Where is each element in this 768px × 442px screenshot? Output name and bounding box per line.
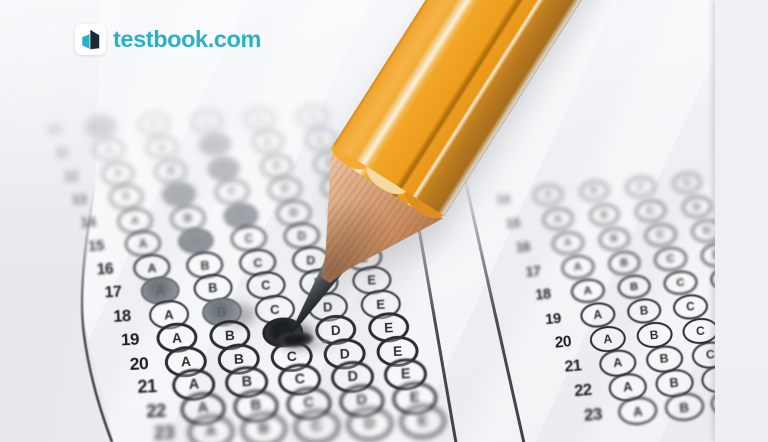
row-number: 17 — [104, 284, 122, 303]
bubble-17-A: A — [560, 254, 595, 280]
row-number: 18 — [535, 286, 552, 303]
bubble-11-C: C — [198, 132, 231, 157]
row-number: 13 — [71, 191, 86, 208]
background-right-band — [715, 0, 768, 442]
bubble-15-A: A — [542, 207, 574, 232]
bubble-19-A: A — [579, 301, 616, 329]
row-number: 22 — [145, 399, 166, 422]
bubble-14-B: B — [579, 179, 610, 203]
bubble-17-C: C — [653, 246, 688, 272]
bubble-14-C: C — [625, 175, 656, 199]
row-number: 16 — [96, 260, 113, 279]
row-number: 14 — [496, 191, 510, 207]
bubble-13-A: A — [109, 184, 144, 210]
row-number: 20 — [554, 333, 572, 352]
row-number: 14 — [80, 214, 96, 231]
bubble-12-B: B — [154, 158, 187, 183]
photo-omr-sheet-with-pencil: 10ABCDE11ABCDE12ABCDE13ABCDE14ABCDE15ABC… — [0, 0, 768, 442]
bubble-23-E: E — [399, 403, 446, 439]
bubble-10-E: E — [296, 103, 329, 128]
bubble-12-C: C — [207, 155, 240, 180]
row-number: 17 — [525, 262, 541, 279]
row-number: 23 — [153, 423, 174, 442]
row-number: 21 — [137, 376, 157, 398]
bubble-11-B: B — [145, 135, 178, 160]
bubble-15-D: D — [681, 195, 713, 220]
bubble-11-A: A — [92, 137, 125, 162]
row-number: 15 — [506, 215, 521, 231]
bubble-16-A: A — [551, 230, 585, 256]
bubble-13-C: C — [214, 178, 249, 204]
bubble-15-B: B — [588, 203, 620, 228]
book-icon — [75, 24, 106, 55]
bubble-16-B: B — [597, 226, 631, 252]
bubble-11-D: D — [251, 129, 284, 154]
testbook-logo: testbook.com — [75, 24, 261, 55]
bubble-14-D: D — [671, 171, 702, 195]
bubble-10-B: B — [137, 111, 170, 136]
row-number: 15 — [88, 237, 104, 255]
row-number: 19 — [544, 310, 561, 328]
bubble-17-B: B — [607, 250, 642, 276]
bubble-23-C: C — [293, 409, 340, 442]
bubble-12-D: D — [260, 153, 293, 178]
row-number: 11 — [55, 144, 69, 160]
row-number: 19 — [121, 330, 140, 351]
bubble-18-C: C — [663, 269, 699, 296]
logo-text: testbook.com — [113, 26, 261, 53]
row-number: 21 — [564, 357, 582, 376]
row-number: 23 — [583, 404, 602, 425]
bubble-12-A: A — [101, 161, 134, 186]
row-number: 10 — [46, 121, 60, 137]
row-number: 18 — [112, 307, 130, 327]
bubble-15-C: C — [634, 199, 666, 224]
bubble-23-D: D — [346, 406, 393, 442]
row-number: 22 — [574, 381, 593, 401]
bubble-10-C: C — [190, 109, 223, 134]
row-number: 12 — [63, 168, 78, 184]
row-number: 20 — [129, 353, 148, 375]
row-number: 16 — [515, 239, 530, 255]
bubble-10-A: A — [84, 114, 117, 139]
bubble-13-B: B — [161, 181, 196, 207]
bubble-18-B: B — [616, 273, 652, 300]
bubble-19-B: B — [626, 297, 663, 325]
bubble-19-C: C — [672, 293, 709, 321]
bubble-10-D: D — [243, 106, 276, 131]
bubble-16-C: C — [644, 222, 678, 248]
bubble-14-A: A — [532, 183, 563, 207]
bubble-18-A: A — [570, 277, 606, 304]
